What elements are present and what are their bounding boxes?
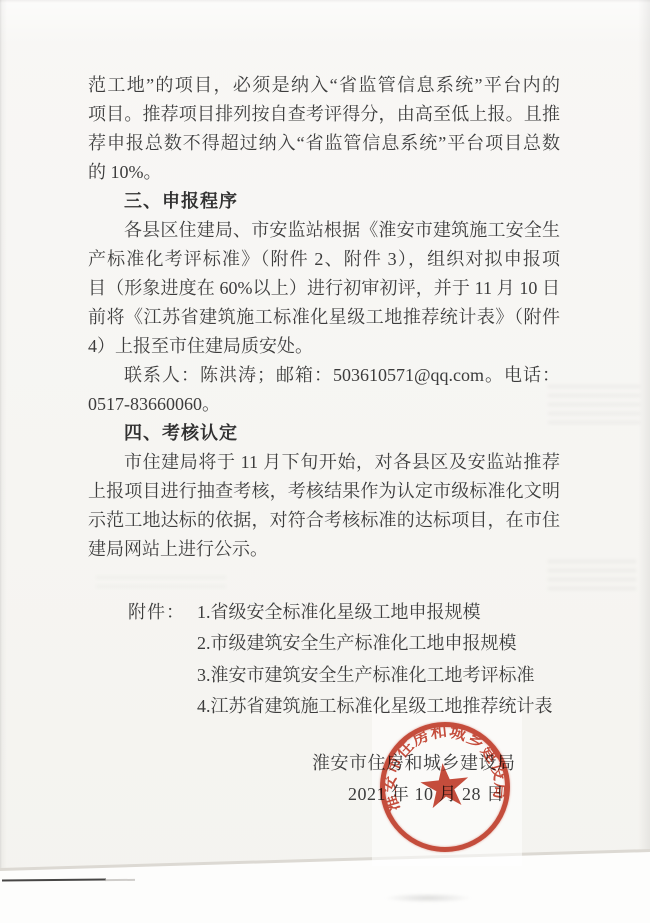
body-line: 项目。推荐项目排列按自查考评得分，由高至低上报。且推 bbox=[88, 102, 560, 126]
body-line: 各县区住建局、市安监站根据《淮安市建筑施工安全生 bbox=[124, 218, 560, 242]
section-heading-4: 四、考核认定 bbox=[124, 421, 560, 445]
body-line: 建局网站上进行公示。 bbox=[88, 537, 560, 561]
body-line: 前将《江苏省建筑施工标准化星级工地推荐统计表》（附件 bbox=[88, 305, 560, 329]
body-line: 上报项目进行抽查考核，考核结果作为认定市级标准化文明 bbox=[88, 479, 560, 503]
scan-artifact-line bbox=[2, 879, 106, 882]
body-line: 的 10%。 bbox=[88, 160, 560, 184]
body-line: 产标准化考评标准》（附件 2、附件 3），组织对拟申报项 bbox=[88, 247, 560, 271]
attachment-item-2: 2.市级建筑安全生产标准化工地申报规模 bbox=[197, 631, 577, 655]
scan-artifact-line-tail bbox=[105, 879, 135, 881]
body-line: 市住建局将于 11 月下旬开始，对各县区及安监站推荐 bbox=[124, 450, 560, 474]
body-line: 范工地”的项目，必须是纳入“省监管信息系统”平台内的 bbox=[88, 73, 560, 97]
attachment-label: 附件： bbox=[128, 600, 197, 624]
body-line: 目（形象进度在 60%以上）进行初审初评，并于 11 月 10 日 bbox=[88, 276, 560, 300]
body-line: 示范工地达标的依据，对符合考核标准的达标项目，在市住 bbox=[88, 508, 560, 532]
scan-smudge bbox=[384, 893, 472, 903]
attachment-item-4: 4.江苏省建筑施工标准化星级工地推荐统计表 bbox=[197, 694, 577, 718]
phone-line: 0517-83660060。 bbox=[88, 392, 560, 416]
section-heading-3: 三、申报程序 bbox=[124, 189, 560, 213]
body-line: 荐申报总数不得超过纳入“省监管信息系统”平台项目总数 bbox=[88, 131, 560, 155]
body-line: 4）上报至市住建局质安处。 bbox=[88, 334, 560, 358]
attachment-line: 附件：1.省级安全标准化星级工地申报规模 bbox=[128, 600, 568, 624]
attachment-item-1: 1.省级安全标准化星级工地申报规模 bbox=[197, 602, 481, 622]
official-seal: 淮安市住房和城乡建设局 bbox=[371, 713, 518, 860]
scanned-document: 范工地”的项目，必须是纳入“省监管信息系统”平台内的 项目。推荐项目排列按自查考… bbox=[0, 0, 650, 923]
svg-text:淮安市住房和城乡建设局: 淮安市住房和城乡建设局 bbox=[372, 715, 512, 814]
seal-curved-text: 淮安市住房和城乡建设局 bbox=[371, 713, 518, 860]
seal-ring-text: 淮安市住房和城乡建设局 bbox=[372, 715, 512, 814]
contact-line: 联系人：陈洪涛；邮箱：503610571@qq.com。电话： bbox=[124, 363, 560, 387]
attachment-item-3: 3.淮安市建筑安全生产标准化工地考评标准 bbox=[197, 663, 577, 687]
